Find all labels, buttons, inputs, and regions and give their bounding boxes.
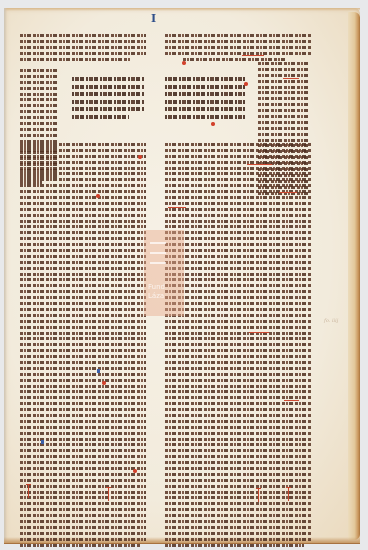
rubric-underline — [249, 332, 269, 333]
gloss-lower-right — [165, 143, 311, 549]
red-initial — [244, 82, 248, 86]
main-text-right — [165, 77, 245, 123]
rubric-underline — [242, 55, 264, 56]
rubric-underline — [279, 192, 297, 193]
red-initial — [182, 61, 186, 65]
gutter-edge — [4, 8, 7, 544]
rubric-underline — [168, 207, 186, 208]
watermark-stripe — [150, 262, 166, 264]
fore-edge — [348, 12, 360, 540]
red-line-ending-mark — [288, 487, 289, 501]
red-line-ending-mark — [258, 488, 259, 502]
watermark-stripe — [150, 242, 166, 244]
rubric-underline — [284, 400, 299, 401]
rubric-underline — [283, 78, 299, 79]
main-text-left — [72, 77, 145, 123]
gloss-top-left — [20, 34, 146, 63]
gloss-top-right — [165, 34, 311, 63]
red-initial — [211, 122, 215, 126]
watermark-line-1: Fund — [148, 283, 208, 292]
gloss-lower-left — [20, 143, 146, 549]
pencil-annotation: fo. iiij — [324, 318, 338, 324]
rubric-underline — [247, 164, 272, 165]
watermark-line-2: Láza — [148, 292, 208, 301]
watermark-text: Fund Láza — [148, 283, 208, 301]
folio-number: I — [151, 12, 156, 25]
red-initial — [96, 194, 100, 198]
blue-initial — [97, 369, 100, 373]
page-top-edge — [4, 8, 360, 11]
watermark-stripe — [150, 252, 166, 254]
red-initial — [138, 155, 142, 159]
red-line-ending-mark — [108, 487, 109, 501]
blue-initial — [41, 440, 44, 444]
red-line-ending-mark — [28, 484, 29, 498]
red-initial — [102, 381, 106, 385]
red-initial — [133, 469, 137, 473]
